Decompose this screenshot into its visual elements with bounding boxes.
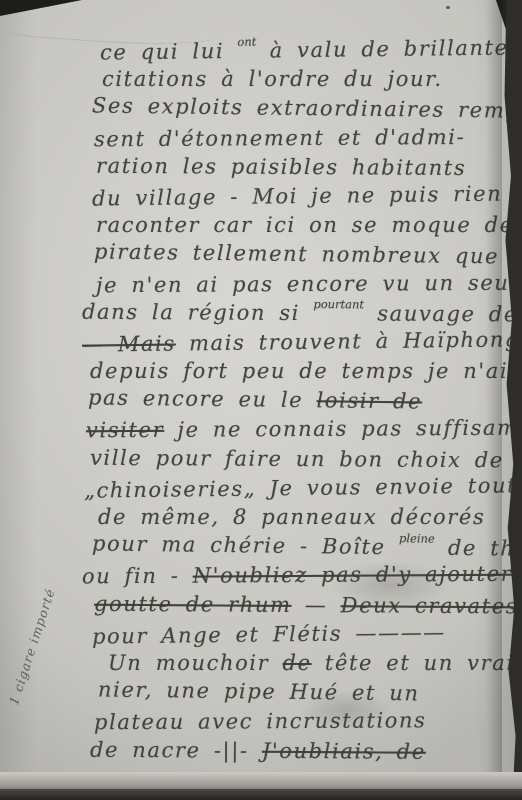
handwriting-text: ce qui lui <box>100 39 238 65</box>
struck-text: J'oubliais, de <box>262 738 426 763</box>
handwriting-line: de même, 8 panneaux décorés <box>98 503 512 532</box>
struck-text: de <box>283 651 312 675</box>
handwriting-text: depuis fort peu de temps je n'ai <box>90 359 508 383</box>
handwriting-text: tête et un vrai pa- <box>312 651 522 675</box>
handwriting-text: plateau avec incrustations <box>94 709 427 735</box>
handwriting-text: je ne connais pas suffisamment la <box>164 416 522 443</box>
struck-text: Deux cravates <box>341 593 519 618</box>
margin-note-vertical: 1 cigare importé <box>6 540 73 706</box>
handwriting-lines: ce qui lui ont à valu de brillantescitat… <box>82 36 512 792</box>
handwriting-line: Un mouchoir de tête et un vrai pa- <box>108 649 512 678</box>
struck-text: N'oubliez pas d'y ajouter ce <box>193 562 522 588</box>
handwriting-text: mais trouvent à Haïphong <box>176 327 520 355</box>
photo-edge-top-left <box>0 0 82 16</box>
handwriting-line: Ses exploits extraordinaires rempli- <box>92 92 512 126</box>
handwriting-line: pour ma chérie - Boîte pleine de thé L <box>92 530 512 564</box>
struck-text: — Mais <box>82 331 176 356</box>
handwriting-text: du village - Moi je ne puis rien <box>92 181 503 210</box>
handwriting-text: ou fin - <box>82 564 193 589</box>
handwriting-line: pas encore eu le loisir de <box>88 384 512 418</box>
paper-bottom-edge-band <box>0 772 522 789</box>
handwriting-text: dans la région si <box>82 299 313 324</box>
handwriting-text: nier, une pipe Hué et un <box>98 678 420 706</box>
handwriting-line: „chinoiseries„ Je vous envoie tout <box>84 471 512 505</box>
handwriting-text: de nacre -||- <box>90 737 262 762</box>
handwriting-line: je n'en ai pas encore vu un seul <box>96 268 512 300</box>
handwriting-text: „chinoiseries„ Je vous envoie tout <box>84 473 517 502</box>
handwriting-text: pour Ange et Flétis ———— <box>92 620 446 648</box>
handwriting-line: — Mais mais trouvent à Haïphong <box>82 325 512 359</box>
handwriting-line: dans la région si pourtant sauvage de Do… <box>82 297 512 329</box>
handwriting-line: pirates tellement nombreux que <box>94 238 512 272</box>
handwriting-line: du village - Moi je ne puis rien <box>92 179 512 213</box>
handwriting-text: pirates tellement nombreux que <box>94 240 499 269</box>
handwriting-text: — <box>291 592 340 616</box>
handwriting-line: raconter car ici on se moque des <box>96 211 512 240</box>
struck-text: goutte de rhum <box>94 591 292 616</box>
handwriting-line: sent d'étonnement et d'admi- <box>94 122 512 154</box>
handwriting-line: nier, une pipe Hué et un <box>98 676 512 710</box>
handwriting-text: ville pour faire un bon choix de <box>90 445 504 472</box>
handwriting-line: goutte de rhum — Deux cravates <box>94 589 512 621</box>
handwriting-text: de même, 8 panneaux décorés <box>98 505 485 529</box>
handwriting-line: plateau avec incrustations <box>94 706 512 738</box>
handwriting-text: à valu de brillantes <box>256 35 521 62</box>
handwriting-text: pas encore eu le <box>88 386 317 413</box>
handwriting-text: raconter car ici on se moque des <box>96 213 522 237</box>
handwriting-text: Ses exploits extraordinaires rempli- <box>92 94 522 124</box>
handwriting-text: sauvage de Doson <box>364 301 522 326</box>
handwriting-line: visiter je ne connais pas suffisamment l… <box>86 414 512 446</box>
letter-scan-page: ce qui lui ont à valu de brillantescitat… <box>0 0 522 800</box>
struck-text: visiter <box>86 418 164 442</box>
ink-speck <box>446 6 450 9</box>
handwriting-text: pour ma chérie - Boîte <box>92 532 399 560</box>
handwriting-text: Un mouchoir <box>108 651 283 675</box>
handwriting-line: ration les paisibles habitants <box>96 151 512 183</box>
handwriting-line: ville pour faire un bon choix de <box>90 443 512 475</box>
handwriting-line: ce qui lui ont à valu de brillantes <box>100 33 512 67</box>
handwriting-text: ration les paisibles habitants <box>96 153 466 179</box>
handwriting-text: sent d'étonnement et d'admi- <box>94 125 465 151</box>
handwriting-line: depuis fort peu de temps je n'ai <box>90 357 512 386</box>
handwriting-line: ou fin - N'oubliez pas d'y ajouter ce <box>82 560 512 592</box>
handwriting-text: je n'en ai pas encore vu un seul <box>96 270 518 297</box>
handwriting-line: de nacre -||- J'oubliais, de <box>90 735 512 767</box>
struck-text: loisir de <box>316 388 422 413</box>
handwriting-text: citations à l'ordre du jour. <box>102 67 443 91</box>
handwriting-line: pour Ange et Flétis ———— <box>92 617 512 651</box>
handwriting-line: citations à l'ordre du jour. <box>102 65 512 94</box>
photo-edge-bottom <box>0 789 522 800</box>
